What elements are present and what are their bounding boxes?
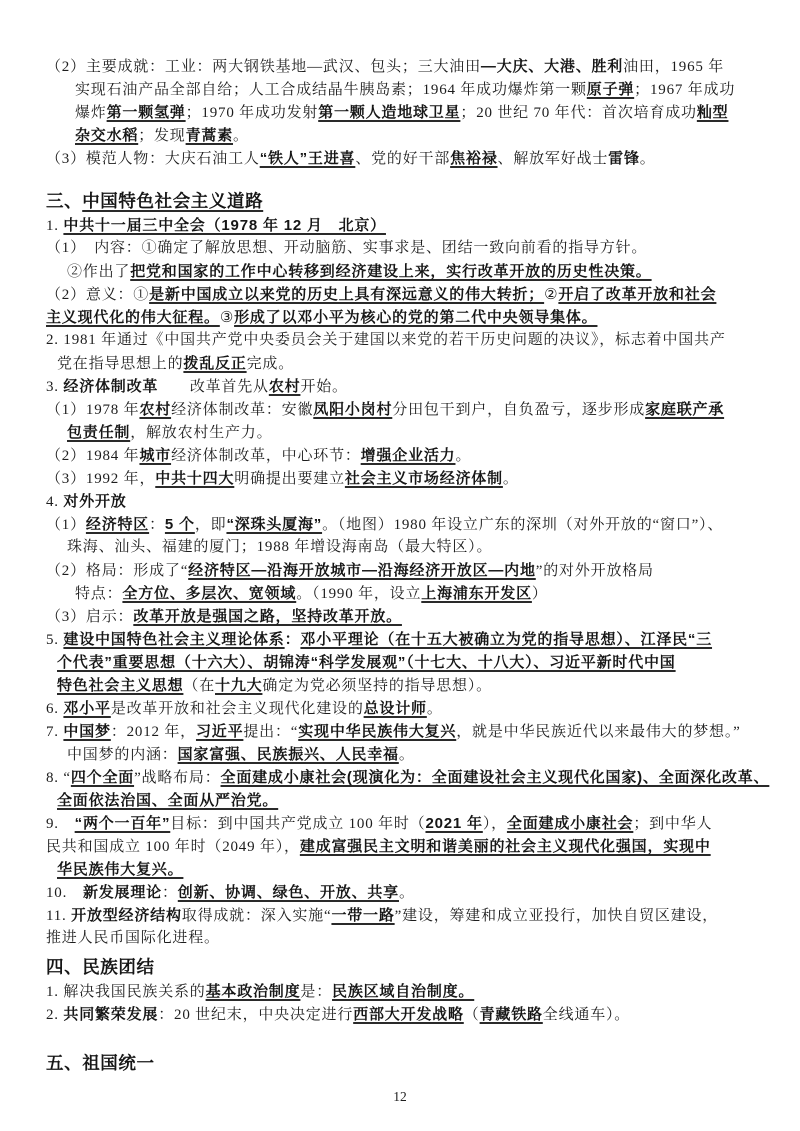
text-segment: 、解放军好战士	[498, 151, 609, 167]
text-segment: （2）1984 年	[46, 448, 139, 464]
text-segment: ：2012 年，	[111, 724, 196, 740]
text-segment: 建设中国特色社会主义理论体系	[63, 631, 284, 648]
text-line: 主义现代化的伟大征程。③形成了以邓小平为核心的党的第二代中央领导集体。	[46, 306, 760, 329]
text-line: 7. 中国梦：2012 年，习近平提出：“实现中华民族伟大复兴，就是中华民族近代…	[46, 720, 760, 743]
text-segment: 5 个	[165, 516, 195, 533]
text-segment: 2.	[46, 1007, 63, 1023]
text-segment: 创新、协调、绿色、开放、共享	[178, 884, 399, 901]
text-segment: ③	[220, 310, 234, 326]
text-line: 党在指导思想上的拨乱反正完成。	[46, 352, 760, 375]
text-segment: 邓小平理论（在十五大被确立为党的指导思想）、江泽民“三	[300, 631, 712, 648]
section-heading: 三、中国特色社会主义道路	[46, 188, 760, 214]
text-segment: 中国梦的内涵：	[67, 747, 178, 763]
text-segment: 民共和国成立 100 年时（2049 年），	[46, 839, 300, 855]
text-segment: 共同繁荣发展	[63, 1006, 158, 1023]
text-segment: 实现中华民族伟大复兴	[298, 723, 456, 740]
text-line: 爆炸第一颗氢弹；1970 年成功发射第一颗人造地球卫星；20 世纪 70 年代：…	[46, 101, 760, 124]
text-segment: 包责任制	[67, 424, 130, 441]
text-segment: 爆炸	[75, 105, 107, 121]
text-segment: 四个全面	[71, 769, 134, 786]
text-segment: 取得成就：深入实施“	[182, 908, 332, 924]
text-segment: 西部大开发战略	[353, 1006, 464, 1023]
text-segment: （3）模范人物：大庆石油工人	[46, 151, 260, 167]
text-segment: “铁人”王进喜	[260, 150, 356, 167]
text-segment: ”的对外开放格局	[536, 563, 654, 579]
text-segment: 改革开放是强国之路，坚持改革开放。	[133, 608, 402, 625]
text-line: 民共和国成立 100 年时（2049 年），建成富强民主文明和谐美丽的社会主义现…	[46, 835, 760, 858]
text-line: 华民族伟大复兴。	[46, 858, 760, 881]
text-segment: 1.	[46, 218, 63, 234]
text-segment: 建成富强民主文明和谐美丽的社会主义现代化强国，实现中	[300, 838, 711, 855]
text-segment: 青藏铁路	[480, 1006, 543, 1023]
text-segment: 7.	[46, 724, 63, 740]
text-line: 杂交水稻；发现青蒿素。	[46, 124, 760, 147]
text-segment: 推进人民币国际化进程。	[46, 930, 220, 946]
text-line: 1. 中共十一届三中全会（1978 年 12 月 北京）	[46, 214, 760, 237]
text-segment: 对外开放	[63, 493, 126, 510]
text-segment: 第一颗人造地球卫星	[318, 104, 460, 121]
text-segment: （	[464, 1007, 480, 1023]
text-segment: 经济体制改革，中心环节：	[171, 448, 361, 464]
text-line: 2. 共同繁荣发展：20 世纪末，中央决定进行西部大开发战略（青藏铁路全线通车）…	[46, 1003, 760, 1026]
text-segment: 上海浦东开发区	[421, 585, 532, 602]
text-segment: 基本政治制度	[206, 983, 301, 1000]
text-segment: 目标：到中国共产党成立 100 年时（	[170, 816, 425, 832]
text-line: （3）模范人物：大庆石油工人“铁人”王进喜、党的好干部焦裕禄、解放军好战士雷锋。	[46, 147, 760, 170]
text-segment: 邓小平	[63, 700, 110, 717]
text-segment: 中共十四大	[155, 470, 234, 487]
text-line: 2. 1981 年通过《中国共产党中央委员会关于建国以来党的若干历史问题的决议》…	[46, 329, 760, 352]
text-segment: ；到中华人	[633, 816, 712, 832]
text-segment: 中共十一届三中全会（1978 年 12 月 北京）	[63, 217, 386, 234]
text-segment: 。（1990 年，设立	[296, 586, 421, 602]
text-segment: 经济体制改革：安徽	[171, 402, 313, 418]
text-segment: 。	[399, 885, 415, 901]
text-segment: 城市	[139, 447, 171, 464]
text-segment: 华民族伟大复兴。	[57, 861, 183, 878]
text-segment: 原子弹	[587, 81, 634, 98]
text-segment: 个代表”重要思想（十六大）、胡锦涛“科学发展观”（十七大、十八大）、习近平新时代…	[57, 654, 676, 671]
text-line: 3. 经济体制改革 改革首先从农村开始。	[46, 375, 760, 398]
text-segment: —大庆、大港、胜利	[481, 58, 623, 75]
text-line: 5. 建设中国特色社会主义理论体系：邓小平理论（在十五大被确立为党的指导思想）、…	[46, 628, 760, 651]
text-line: （1）经济特区：5 个，即“深珠头厦海”。（地图）1980 年设立广东的深圳（对…	[46, 513, 760, 536]
text-segment: 。	[640, 151, 656, 167]
text-segment: 籼型	[697, 104, 729, 121]
text-segment: 5.	[46, 632, 63, 648]
text-line: 全面依法治国、全面从严治党。	[46, 789, 760, 812]
text-segment: ；1967 年成功	[634, 82, 735, 98]
text-segment: ；1970 年成功发射	[186, 105, 319, 121]
text-segment: 油田，1965 年	[623, 59, 724, 75]
text-segment: 3.	[46, 379, 63, 395]
text-line: 珠海、汕头、福建的厦门；1988 年增设海南岛（最大特区）。	[46, 536, 760, 559]
text-line: （2）主要成就：工业：两大钢铁基地—武汉、包头；三大油田—大庆、大港、胜利油田，…	[46, 55, 760, 78]
text-segment: 。	[455, 448, 471, 464]
text-line: 8. “四个全面”战略布局：全面建成小康社会(现演化为：全面建设社会主义现代化国…	[46, 766, 760, 789]
text-line: 实现石油产品全部自给；人工合成结晶牛胰岛素；1964 年成功爆炸第一颗原子弹；1…	[46, 78, 760, 101]
text-segment: 分田包干到户，自负盈亏，逐步形成	[392, 402, 645, 418]
text-line: 特色社会主义思想（在十九大确定为党必须坚持的指导思想）。	[46, 674, 760, 697]
text-segment: 十九大	[215, 677, 262, 694]
text-line: 推进人民币国际化进程。	[46, 927, 760, 950]
text-segment: 三、	[46, 191, 82, 211]
text-segment: 确定为党必须坚持的指导思想）。	[262, 678, 492, 694]
text-segment: 全面建成小康社会(现演化为：全面建设社会主义现代化国家)、全面深化改革、	[221, 769, 770, 786]
text-segment: 完成。	[247, 356, 294, 372]
text-segment: 珠海、汕头、福建的厦门；1988 年增设海南岛（最大特区）。	[67, 539, 492, 555]
text-segment: 。	[399, 747, 415, 763]
text-segment: ”战略布局：	[134, 770, 220, 786]
text-segment: 农村	[139, 401, 171, 418]
text-segment: 开启了改革开放和社会	[558, 286, 716, 303]
text-segment: 把党和国家的工作中心转移到经济建设上来，实行改革开放的历史性决策。	[130, 263, 651, 280]
text-segment: （2）意义：①	[46, 287, 149, 303]
text-segment: 1. 解决我国民族关系的	[46, 984, 206, 1000]
text-segment: （3）1992 年，	[46, 471, 155, 487]
text-segment: 特色社会主义思想	[57, 677, 183, 694]
text-segment: 全方位、多层次、宽领域	[122, 585, 296, 602]
text-segment: 2. 1981 年通过《中国共产党中央委员会关于建国以来党的若干历史问题的决议》…	[46, 332, 726, 348]
text-segment: 家庭联产承	[645, 401, 724, 418]
text-segment: 一带一路	[331, 907, 394, 924]
text-segment: 。	[503, 471, 519, 487]
document-page: （2）主要成就：工业：两大钢铁基地—武汉、包头；三大油田—大庆、大港、胜利油田，…	[0, 0, 800, 1131]
text-segment: 开始。	[300, 379, 347, 395]
text-segment: 中国特色社会主义道路	[82, 191, 263, 211]
text-segment: 。（地图）1980 年设立广东的深圳（对外开放的“窗口”）、	[322, 517, 723, 533]
text-segment: 青蒿素	[186, 127, 233, 144]
text-segment: 社会主义市场经济体制	[345, 470, 503, 487]
text-segment: （1）1978 年	[46, 402, 139, 418]
text-segment: 2021 年	[425, 815, 482, 832]
document-body: （2）主要成就：工业：两大钢铁基地—武汉、包头；三大油田—大庆、大港、胜利油田，…	[46, 55, 760, 1076]
text-segment: （1） 内容：①确定了解放思想、开动脑筋、实事求是、团结一致向前看的指导方针。	[46, 240, 647, 256]
text-segment: 全面建成小康社会	[507, 815, 633, 832]
text-segment: 习近平	[196, 723, 243, 740]
text-segment: 经济体制改革	[63, 378, 158, 395]
text-segment: 四、民族团结	[46, 957, 155, 977]
text-segment: （1）	[46, 517, 86, 533]
text-line: 个代表”重要思想（十六大）、胡锦涛“科学发展观”（十七大、十八大）、习近平新时代…	[46, 651, 760, 674]
text-segment: ，就是中华民族近代以来最伟大的梦想。”	[456, 724, 740, 740]
text-segment: 凤阳小岗村	[313, 401, 392, 418]
text-segment: “两个一百年”	[75, 815, 171, 832]
text-segment: 民族区域自治制度。	[332, 983, 474, 1000]
text-segment: 实现石油产品全部自给；人工合成结晶牛胰岛素；1964 年成功爆炸第一颗	[75, 82, 587, 98]
text-segment: ②作出了	[67, 264, 130, 280]
section-heading: 四、民族团结	[46, 954, 760, 980]
text-segment: 党在指导思想上的	[57, 356, 183, 372]
text-segment: 是改革开放和社会主义现代化建设的	[111, 701, 364, 717]
text-line: 6. 邓小平是改革开放和社会主义现代化建设的总设计师。	[46, 697, 760, 720]
text-segment: 提出：“	[243, 724, 298, 740]
text-line: ②作出了把党和国家的工作中心转移到经济建设上来，实行改革开放的历史性决策。	[46, 260, 760, 283]
text-segment: ，解放农村生产力。	[130, 425, 272, 441]
text-segment: 特点：	[75, 586, 122, 602]
text-segment: “深珠头厦海”	[226, 516, 322, 533]
text-segment: 经济特区—沿海开放城市—沿海经济开放区—内地	[188, 562, 536, 579]
text-line: 中国梦的内涵：国家富强、民族振兴、人民幸福。	[46, 743, 760, 766]
text-segment: 6.	[46, 701, 63, 717]
text-segment: 11.	[46, 908, 71, 924]
text-segment: 8. “	[46, 770, 71, 786]
text-segment: 开放型经济结构	[71, 907, 182, 924]
text-segment: ：	[162, 885, 178, 901]
text-segment: 4.	[46, 494, 63, 510]
text-segment: ；20 世纪 70 年代：首次培育成功	[460, 105, 696, 121]
text-line: 9. “两个一百年”目标：到中国共产党成立 100 年时（2021 年），全面建…	[46, 812, 760, 835]
text-line: （1） 内容：①确定了解放思想、开动脑筋、实事求是、团结一致向前看的指导方针。	[46, 237, 760, 260]
text-segment: 形成了以邓小平为核心的党的第二代中央领导集体。	[234, 309, 597, 326]
text-segment: 、党的好干部	[355, 151, 450, 167]
section-heading: 五、祖国统一	[46, 1050, 760, 1076]
text-segment: ，即	[195, 517, 227, 533]
text-segment: 总设计师	[364, 700, 427, 717]
text-segment: 拨乱反正	[183, 355, 246, 372]
page-number: 12	[0, 1089, 800, 1105]
text-segment: 是新中国成立以来党的历史上具有深远意义的伟大转折；	[149, 286, 544, 303]
text-segment: （3）启示：	[46, 609, 133, 625]
text-line: 11. 开放型经济结构取得成就：深入实施“一带一路”建设，筹建和成立亚投行，加快…	[46, 904, 760, 927]
text-segment: ：20 世纪末，中央决定进行	[158, 1007, 353, 1023]
text-segment: 中国梦	[63, 723, 110, 740]
text-segment: ：	[149, 517, 165, 533]
text-line: 10. 新发展理论：创新、协调、绿色、开放、共享。	[46, 881, 760, 904]
text-line: 特点：全方位、多层次、宽领域。（1990 年，设立上海浦东开发区）	[46, 582, 760, 605]
text-line: 4. 对外开放	[46, 490, 760, 513]
text-line: （2）1984 年城市经济体制改革，中心环节：增强企业活力。	[46, 444, 760, 467]
text-segment: （2）格局：形成了“	[46, 563, 188, 579]
text-segment: ”建设，筹建和成立亚投行，加快自贸区建设，	[395, 908, 718, 924]
text-segment: 经济特区	[86, 516, 149, 533]
text-segment: 焦裕禄	[450, 150, 497, 167]
text-segment: ②	[544, 287, 558, 303]
text-segment: ）	[532, 586, 548, 602]
text-segment: 。	[427, 701, 443, 717]
text-segment: 雷锋	[608, 150, 640, 167]
text-segment: （在	[183, 678, 215, 694]
text-segment: ；发现	[138, 128, 185, 144]
text-line: 包责任制，解放农村生产力。	[46, 421, 760, 444]
text-segment: 10.	[46, 885, 83, 901]
text-line: （3）1992 年，中共十四大明确提出要建立社会主义市场经济体制。	[46, 467, 760, 490]
text-segment: ），	[483, 816, 507, 832]
text-segment: （2）主要成就：工业：两大钢铁基地—武汉、包头；三大油田	[46, 59, 481, 75]
text-segment: 主义现代化的伟大征程。	[46, 309, 220, 326]
text-segment: 全线通车）。	[543, 1007, 630, 1023]
text-segment: 改革首先从	[158, 379, 269, 395]
text-segment: 第一颗氢弹	[107, 104, 186, 121]
text-segment: 杂交水稻	[75, 127, 138, 144]
text-segment: 五、祖国统一	[46, 1053, 155, 1073]
text-line: （3）启示：改革开放是强国之路，坚持改革开放。	[46, 605, 760, 628]
text-line: （1）1978 年农村经济体制改革：安徽凤阳小岗村分田包干到户，自负盈亏，逐步形…	[46, 398, 760, 421]
text-line: （2）意义：①是新中国成立以来党的历史上具有深远意义的伟大转折；②开启了改革开放…	[46, 283, 760, 306]
text-segment: 农村	[269, 378, 301, 395]
text-segment: ：	[285, 631, 301, 648]
text-segment: 是：	[300, 984, 332, 1000]
text-segment: 新发展理论	[83, 884, 162, 901]
text-line: （2）格局：形成了“经济特区—沿海开放城市—沿海经济开放区—内地”的对外开放格局	[46, 559, 760, 582]
text-segment: 9.	[46, 816, 75, 832]
text-segment: 。	[233, 128, 249, 144]
text-segment: 明确提出要建立	[234, 471, 345, 487]
text-segment: 增强企业活力	[361, 447, 456, 464]
text-segment: 国家富强、民族振兴、人民幸福	[178, 746, 399, 763]
text-segment: 全面依法治国、全面从严治党。	[57, 792, 278, 809]
text-line: 1. 解决我国民族关系的基本政治制度是：民族区域自治制度。	[46, 980, 760, 1003]
